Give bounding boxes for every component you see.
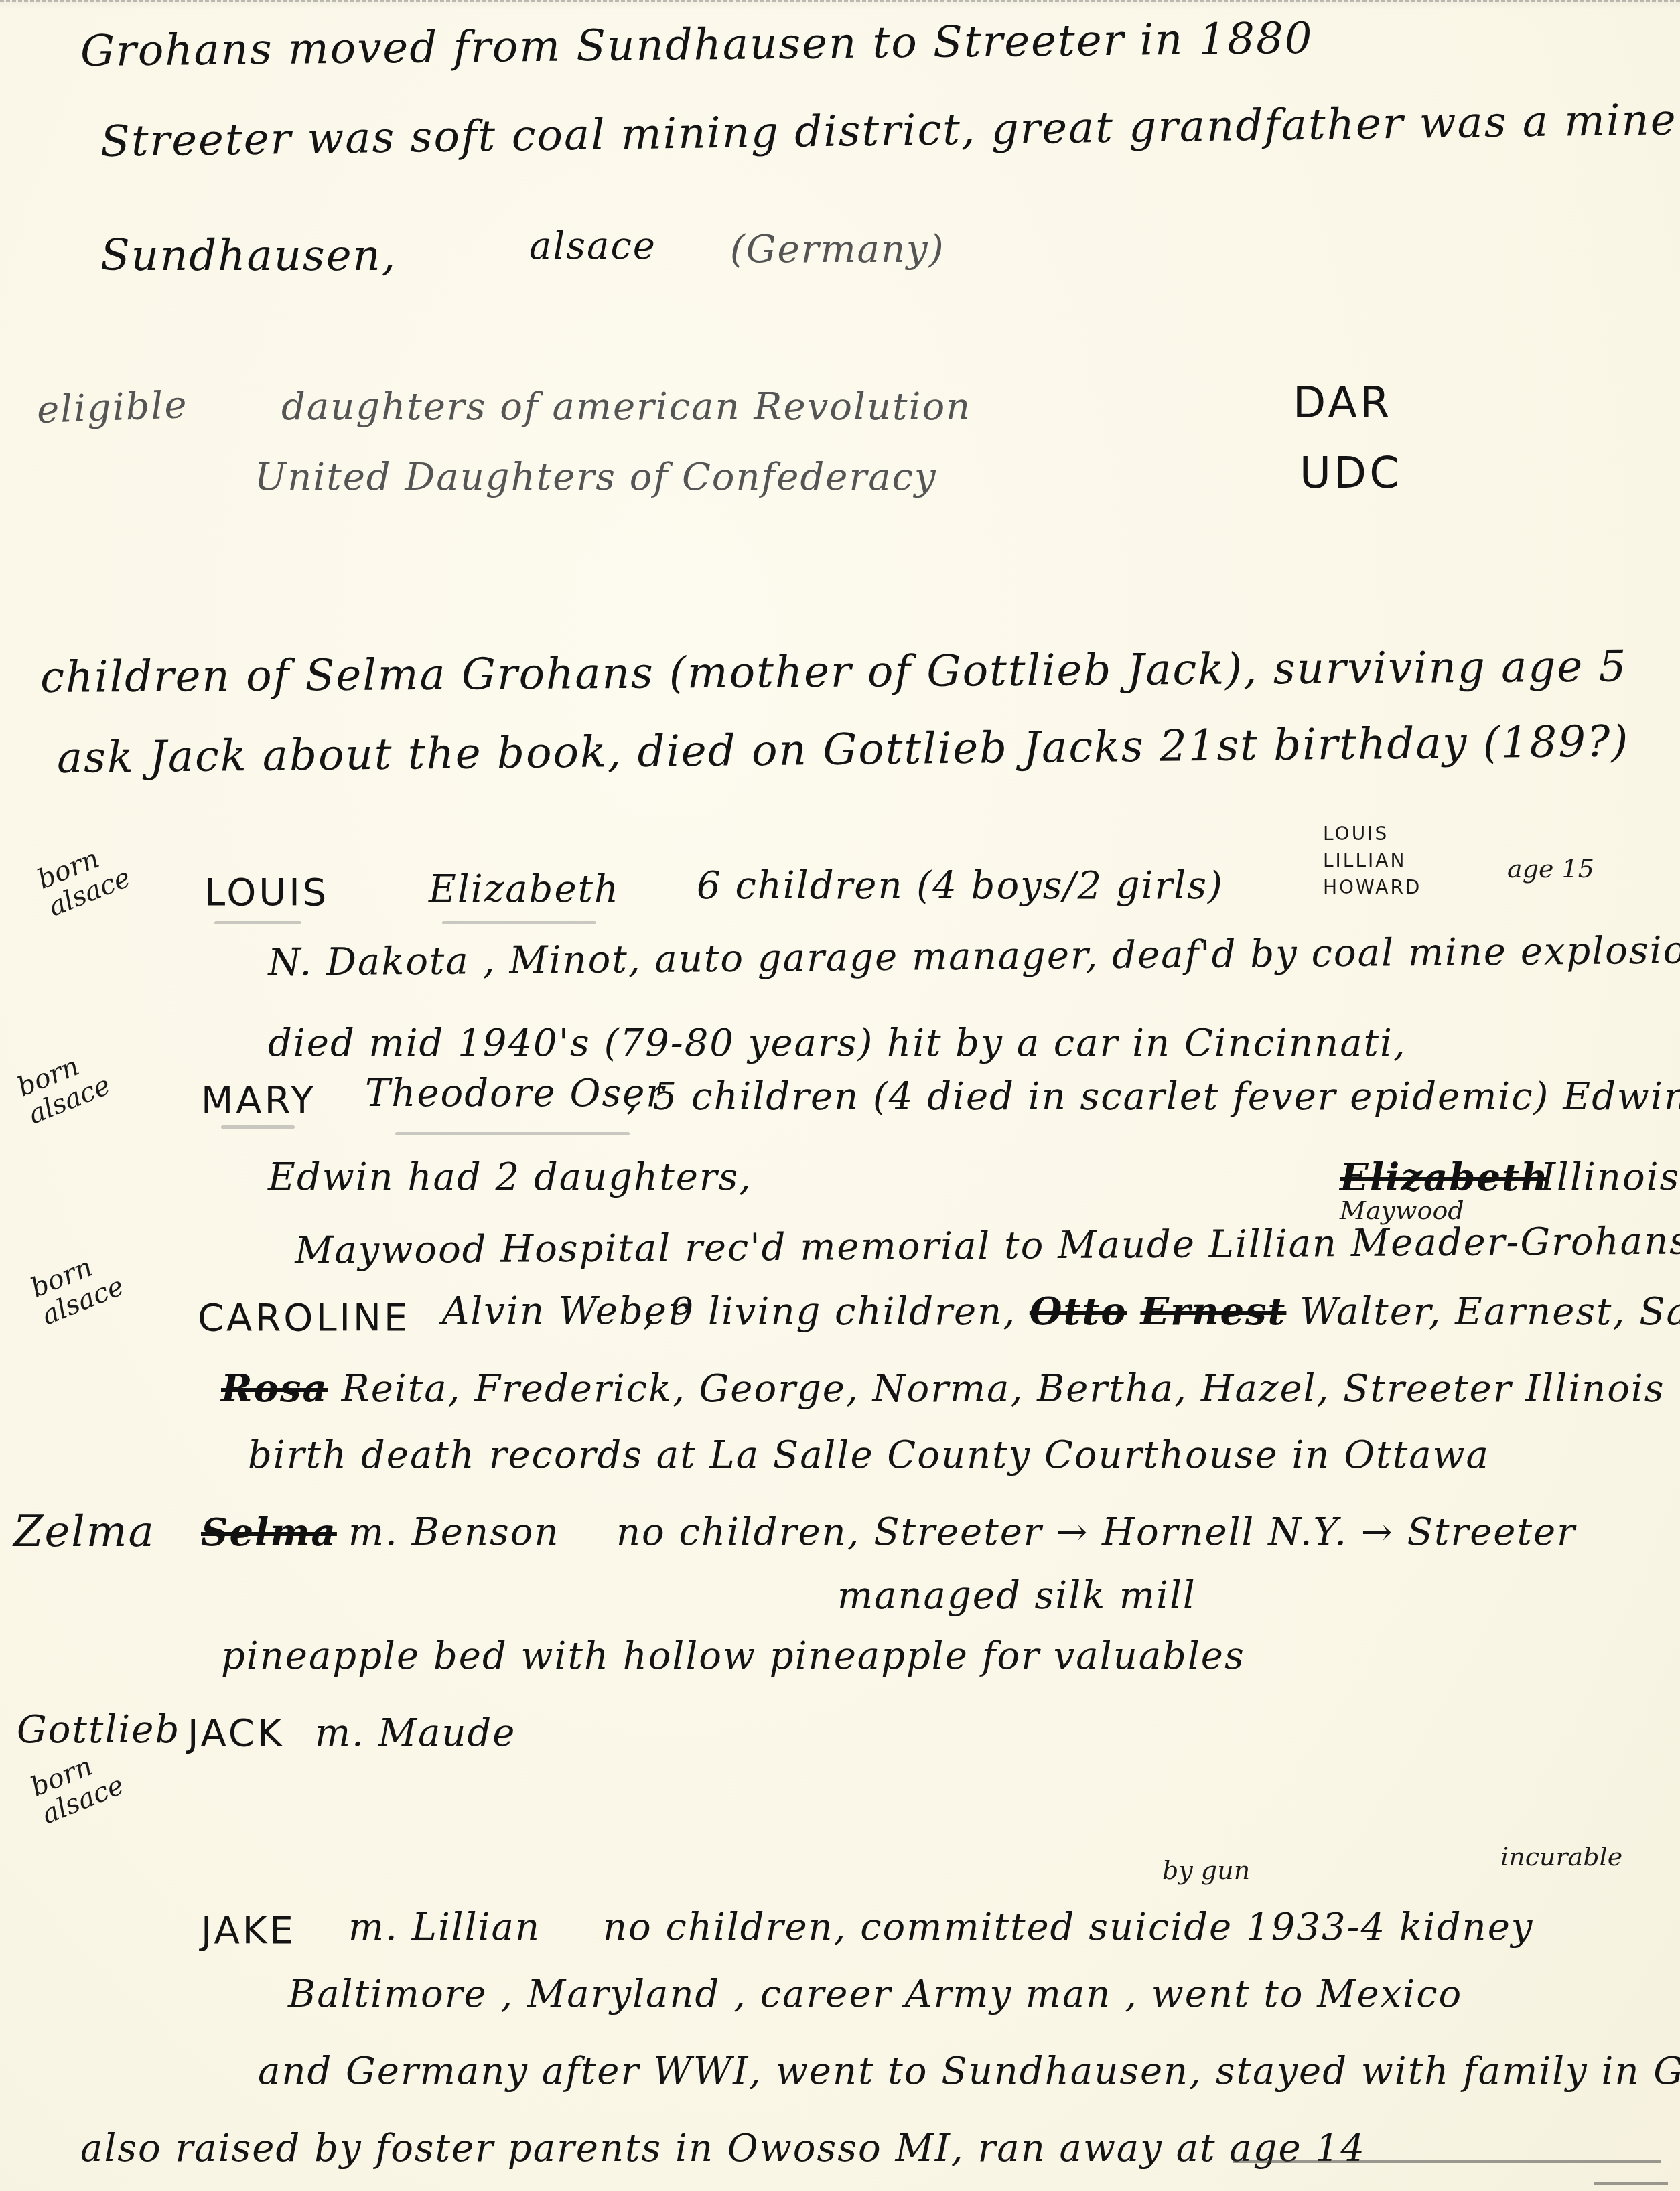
side-note-illinois: Illinois [1541,1155,1680,1199]
children-heading-line-2: ask Jack about the book, died on Gottlie… [57,717,1630,783]
zelma-detail-pineapple-bed: pineapple bed with hollow pineapple for … [221,1634,1245,1678]
zelma-managed-silk-mill: managed silk mill [837,1574,1196,1618]
margin-born-alsace-jack: born alsace [27,1743,128,1829]
children-names: Reita, Frederick, George, Norma, Bertha,… [342,1367,1330,1411]
underline-mark [214,921,301,924]
underline-mark [395,1132,630,1135]
jake-detail-1: Baltimore , Maryland , career Army man ,… [288,1973,1462,2016]
dar-abbreviation: DAR [1293,378,1392,428]
udc-full-name: United Daughters of Confederacy [255,455,937,499]
dar-full-name: daughters of american Revolution [281,385,971,429]
intro-line-3-region: alsace [529,224,656,268]
location: Streeter Illinois [1343,1367,1665,1411]
spouse-benson: m. Benson [348,1510,560,1554]
jake-detail-2: and Germany after WWI, went to Sundhause… [258,2050,1680,2093]
underline-mark [442,921,596,924]
zelma-summary: no children, Streeter → Hornell N.Y. → S… [616,1510,1576,1554]
margin-zelma: Zelma [13,1507,155,1557]
child-name: HOWARD [1323,874,1421,901]
margin-born-alsace-caroline: born alsace [27,1244,128,1330]
bottom-rule [1594,2182,1668,2185]
mary-detail-1: Edwin had 2 daughters, [268,1155,752,1199]
underline-mark [221,1125,295,1129]
jake-footer-note: also raised by foster parents in Owosso … [80,2127,1366,2170]
children-heading-line-1: children of Selma Grohans (mother of Got… [40,642,1628,703]
child-name-caroline: CAROLINE [198,1296,410,1340]
louis-detail-2: died mid 1940's (79-80 years) hit by a c… [268,1021,1407,1065]
louis-detail-1: N. Dakota , Minot, auto garage manager, … [268,928,1680,985]
bottom-rule [1233,2160,1661,2163]
paper-top-edge [0,0,1680,6]
margin-gottlieb: Gottlieb [17,1708,180,1752]
struck-name: Rosa [221,1366,328,1411]
document-page: Grohans moved from Sundhausen to Streete… [0,0,1680,2191]
child-name-mary: MARY [201,1078,316,1122]
mary-detail-2: Maywood Hospital rec'd memorial to Maude… [295,1218,1680,1273]
note-incurable: incurable [1500,1842,1622,1871]
note-by-gun: by gun [1162,1855,1250,1885]
summary-text: , 9 living children, [643,1290,1030,1334]
caroline-records-note: birth death records at La Salle County C… [248,1433,1490,1477]
intro-line-2: Streeter was soft coal mining district, … [100,95,1680,167]
intro-line-3-place: Sundhausen, [100,231,397,281]
spouse-lillian: m. Lillian [348,1906,541,1949]
caroline-children-summary: , 9 living children, Otto Ernest Walter,… [643,1289,1680,1334]
child-name-jack: JACK [188,1711,285,1755]
margin-born-alsace-louis: born alsace [33,835,135,922]
spouse-theodore-oser: Theodore Oser [365,1072,665,1115]
eligible-label: eligible [36,383,189,432]
caroline-children-line-2: Rosa Reita, Frederick, George, Norma, Be… [221,1366,1665,1411]
intro-line-3-country: (Germany) [730,228,945,271]
louis-children-names: LOUIS LILLIAN HOWARD [1323,821,1421,901]
note-age-15: age 15 [1507,854,1594,884]
child-name-louis: LOUIS [204,871,329,914]
jake-summary: no children, committed suicide 1933-4 ki… [603,1906,1533,1949]
spouse-elizabeth: Elizabeth [429,867,620,911]
struck-name: Ernest [1140,1289,1286,1334]
child-name: LILLIAN [1323,847,1421,874]
name-text: JAKE [201,1909,296,1953]
intro-line-1: Grohans moved from Sundhausen to Streete… [80,14,1314,76]
child-name: LOUIS [1323,821,1421,847]
mary-children-summary: , 5 children (4 died in scarlet fever ep… [626,1075,1680,1119]
child-name-jake: JAKE [201,1909,296,1953]
udc-abbreviation: UDC [1300,449,1402,498]
struck-name-elizabeth: Elizabeth [1340,1155,1549,1200]
louis-children-summary: 6 children (4 boys/2 girls) [697,864,1224,908]
margin-born-alsace-mary: born alsace [13,1043,115,1129]
spouse-maude: m. Maude [315,1711,516,1755]
struck-name-selma: Selma [201,1510,337,1555]
struck-name: Otto [1030,1289,1127,1334]
children-names: Walter, Earnest, Sam [1300,1290,1680,1334]
